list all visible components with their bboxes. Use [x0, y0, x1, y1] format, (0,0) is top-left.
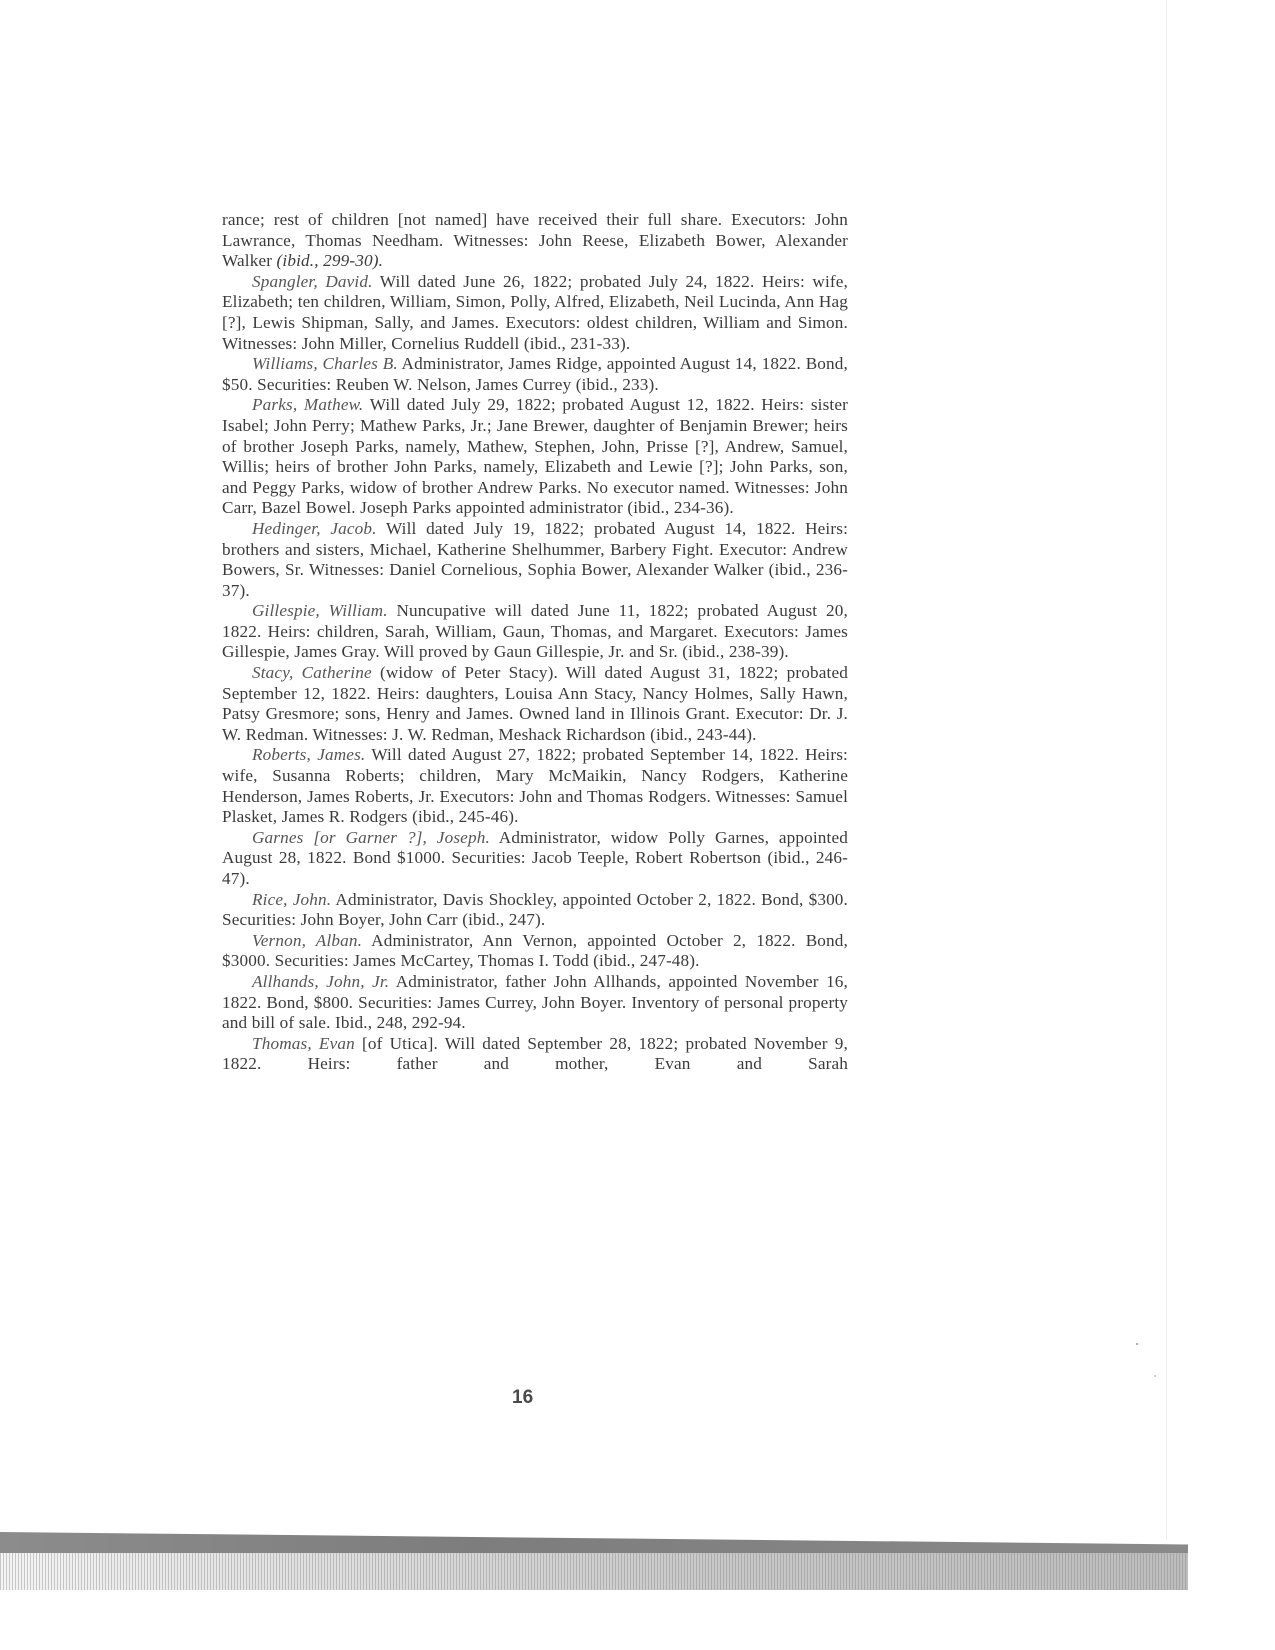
entry-garnes: Garnes [or Garner ?], Joseph. Administra…: [222, 828, 848, 890]
entry-stacy: Stacy, Catherine (widow of Peter Stacy).…: [222, 663, 848, 745]
entry-name: Gillespie, William.: [252, 601, 388, 620]
scan-edge-noise: [0, 1553, 1188, 1590]
entry-vernon: Vernon, Alban. Administrator, Ann Vernon…: [222, 931, 848, 972]
entry-name: Williams, Charles B.: [252, 354, 398, 373]
entry-gillespie: Gillespie, William. Nuncupative will dat…: [222, 601, 848, 663]
page-number-text: 16: [512, 1387, 533, 1409]
entry-name: Garnes [or Garner ?], Joseph.: [252, 828, 490, 847]
entry-hedinger: Hedinger, Jacob. Will dated July 19, 182…: [222, 519, 848, 601]
scan-speck: [1154, 1375, 1156, 1377]
entry-rice: Rice, John. Administrator, Davis Shockle…: [222, 890, 848, 931]
scan-edge-line: [1166, 0, 1167, 1540]
entry-thomas: Thomas, Evan [of Utica]. Will dated Sept…: [222, 1034, 848, 1075]
entry-williams: Williams, Charles B. Administrator, Jame…: [222, 354, 848, 395]
entry-name: Vernon, Alban.: [252, 931, 362, 950]
entry-name: Stacy, Catherine: [252, 663, 372, 682]
entry-name: Thomas, Evan: [252, 1034, 355, 1053]
entry-name: Allhands, John, Jr.: [252, 972, 389, 991]
entry-name: Rice, John.: [252, 890, 331, 909]
entry-name: Spangler, David.: [252, 272, 373, 291]
intro-paragraph: rance; rest of children [not named] have…: [222, 210, 848, 272]
entry-spangler: Spangler, David. Will dated June 26, 182…: [222, 272, 848, 354]
entry-roberts: Roberts, James. Will dated August 27, 18…: [222, 745, 848, 827]
document-body: rance; rest of children [not named] have…: [222, 210, 848, 1075]
entry-name: Hedinger, Jacob.: [252, 519, 377, 538]
entry-parks: Parks, Mathew. Will dated July 29, 1822;…: [222, 395, 848, 519]
entry-name: Parks, Mathew.: [252, 395, 363, 414]
scan-speck: [1136, 1343, 1138, 1345]
entry-allhands: Allhands, John, Jr. Administrator, fathe…: [222, 972, 848, 1034]
entry-name: Roberts, James.: [252, 745, 365, 764]
intro-reference: (ibid., 299-30).: [277, 251, 383, 270]
